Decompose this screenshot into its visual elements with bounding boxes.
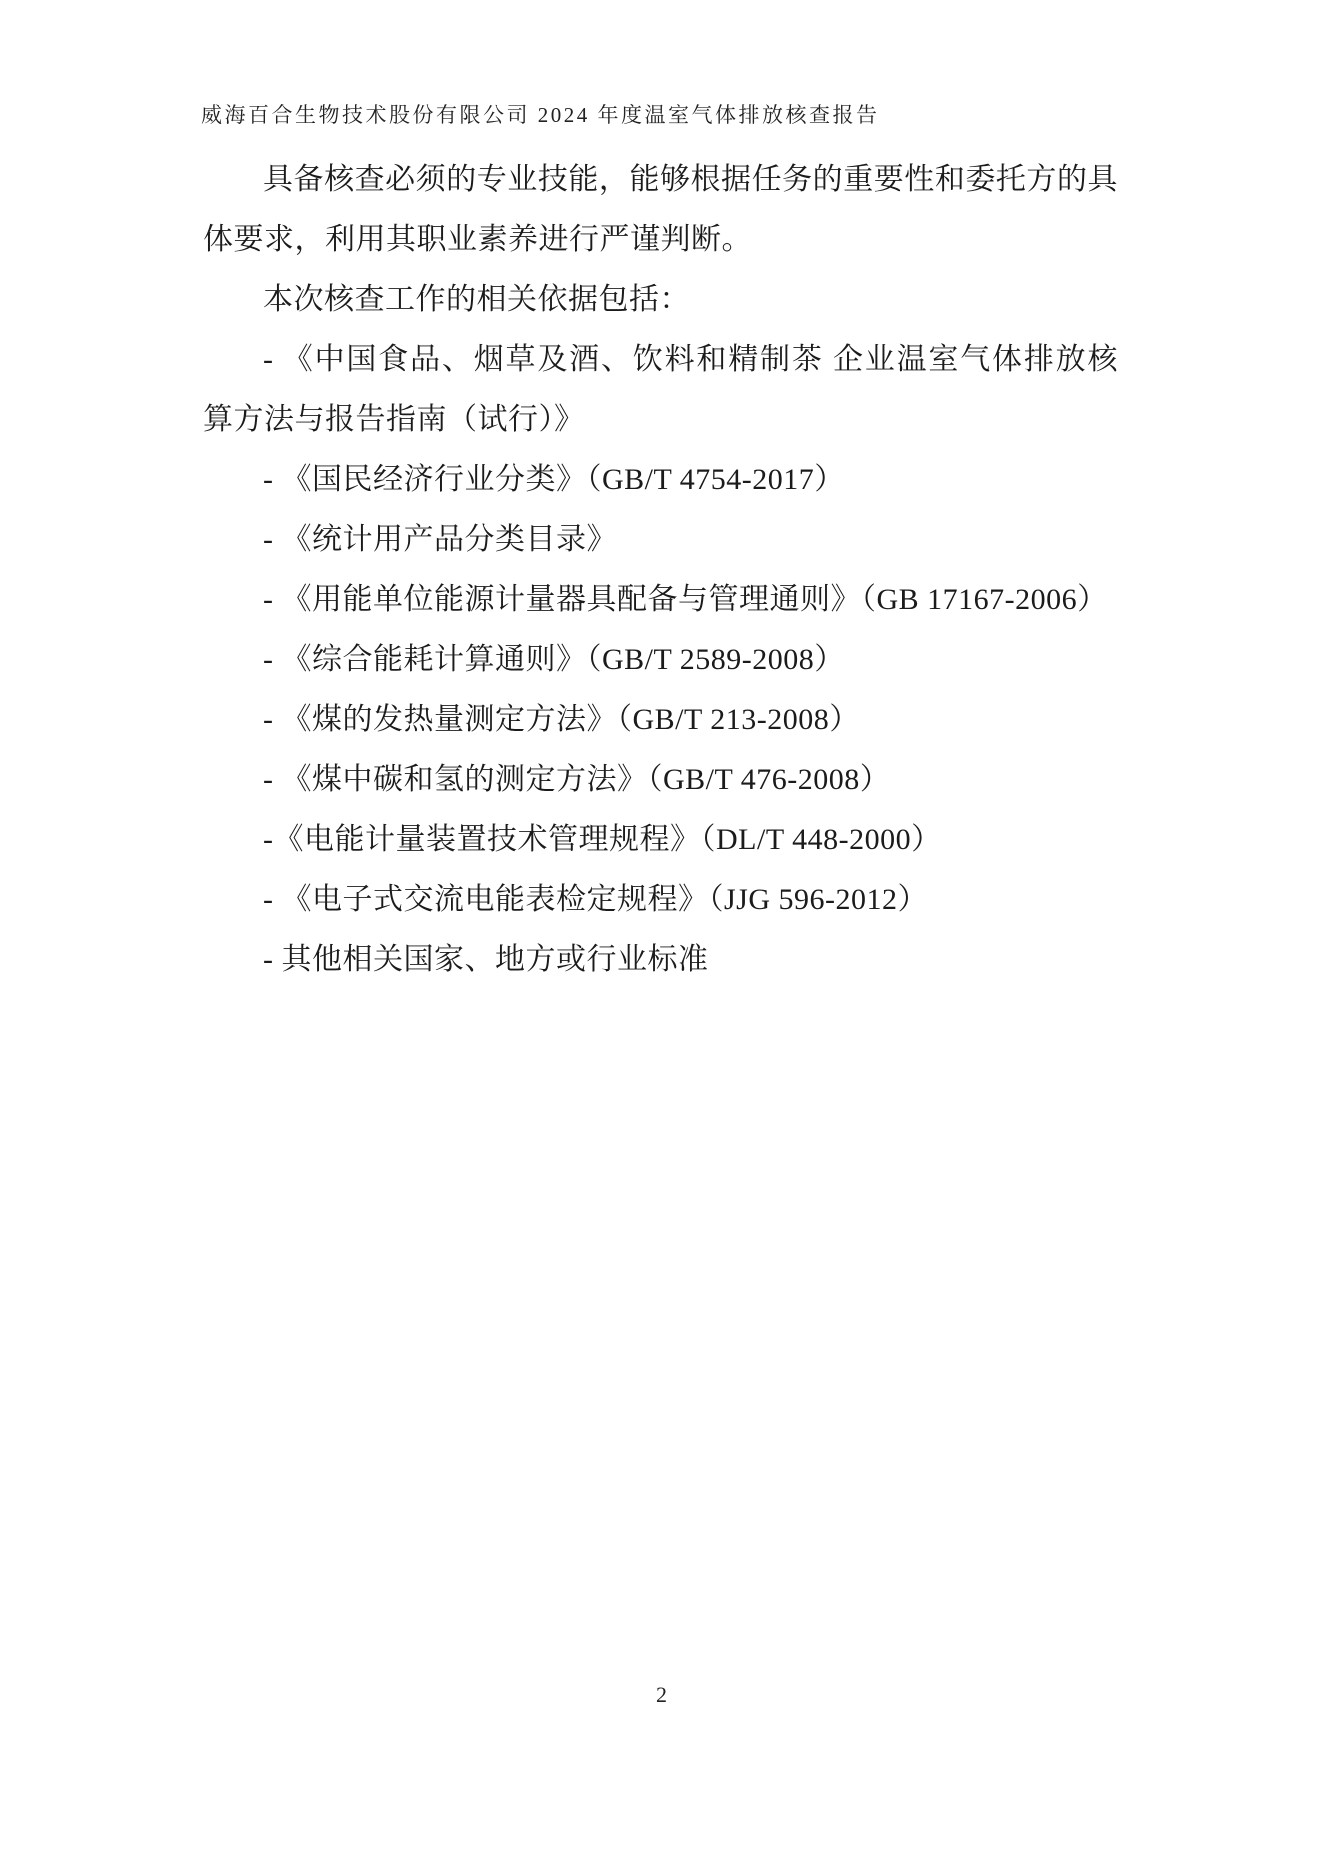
- page-footer: 2: [0, 1682, 1323, 1708]
- list-item-line: - 《统计用产品分类目录》: [203, 510, 1118, 570]
- list-item-line: - 《煤中碳和氢的测定方法》（GB/T 476-2008）: [203, 750, 1118, 810]
- list-item-line: - 《电子式交流电能表检定规程》（JJG 596-2012）: [203, 870, 1118, 930]
- page-header: 威海百合生物技术股份有限公司 2024 年度温室气体排放核查报告: [201, 99, 880, 129]
- list-item-line: - 《国民经济行业分类》（GB/T 4754-2017）: [203, 450, 1118, 510]
- page-number: 2: [656, 1682, 667, 1707]
- document-page: 威海百合生物技术股份有限公司 2024 年度温室气体排放核查报告 具备核查必须的…: [0, 0, 1323, 1871]
- paragraph-line: 具备核查必须的专业技能，能够根据任务的重要性和委托方的具: [203, 150, 1118, 210]
- list-item-line: - 《煤的发热量测定方法》（GB/T 213-2008）: [203, 690, 1118, 750]
- list-item-line: 算方法与报告指南（试行）》: [203, 390, 1118, 450]
- document-body: 具备核查必须的专业技能，能够根据任务的重要性和委托方的具 体要求，利用其职业素养…: [203, 150, 1118, 990]
- list-item-line: - 《综合能耗计算通则》（GB/T 2589-2008）: [203, 630, 1118, 690]
- paragraph-line: 体要求，利用其职业素养进行严谨判断。: [203, 210, 1118, 270]
- header-title: 威海百合生物技术股份有限公司 2024 年度温室气体排放核查报告: [201, 103, 880, 127]
- paragraph-line: 本次核查工作的相关依据包括：: [203, 270, 1118, 330]
- list-item-line: - 《中国食品、烟草及酒、饮料和精制茶 企业温室气体排放核: [203, 330, 1118, 390]
- list-item-line: - 《用能单位能源计量器具配备与管理通则》（GB 17167-2006）: [203, 570, 1118, 630]
- list-item-line: - 其他相关国家、地方或行业标准: [203, 930, 1118, 990]
- list-item-line: -《电能计量装置技术管理规程》（DL/T 448-2000）: [203, 810, 1118, 870]
